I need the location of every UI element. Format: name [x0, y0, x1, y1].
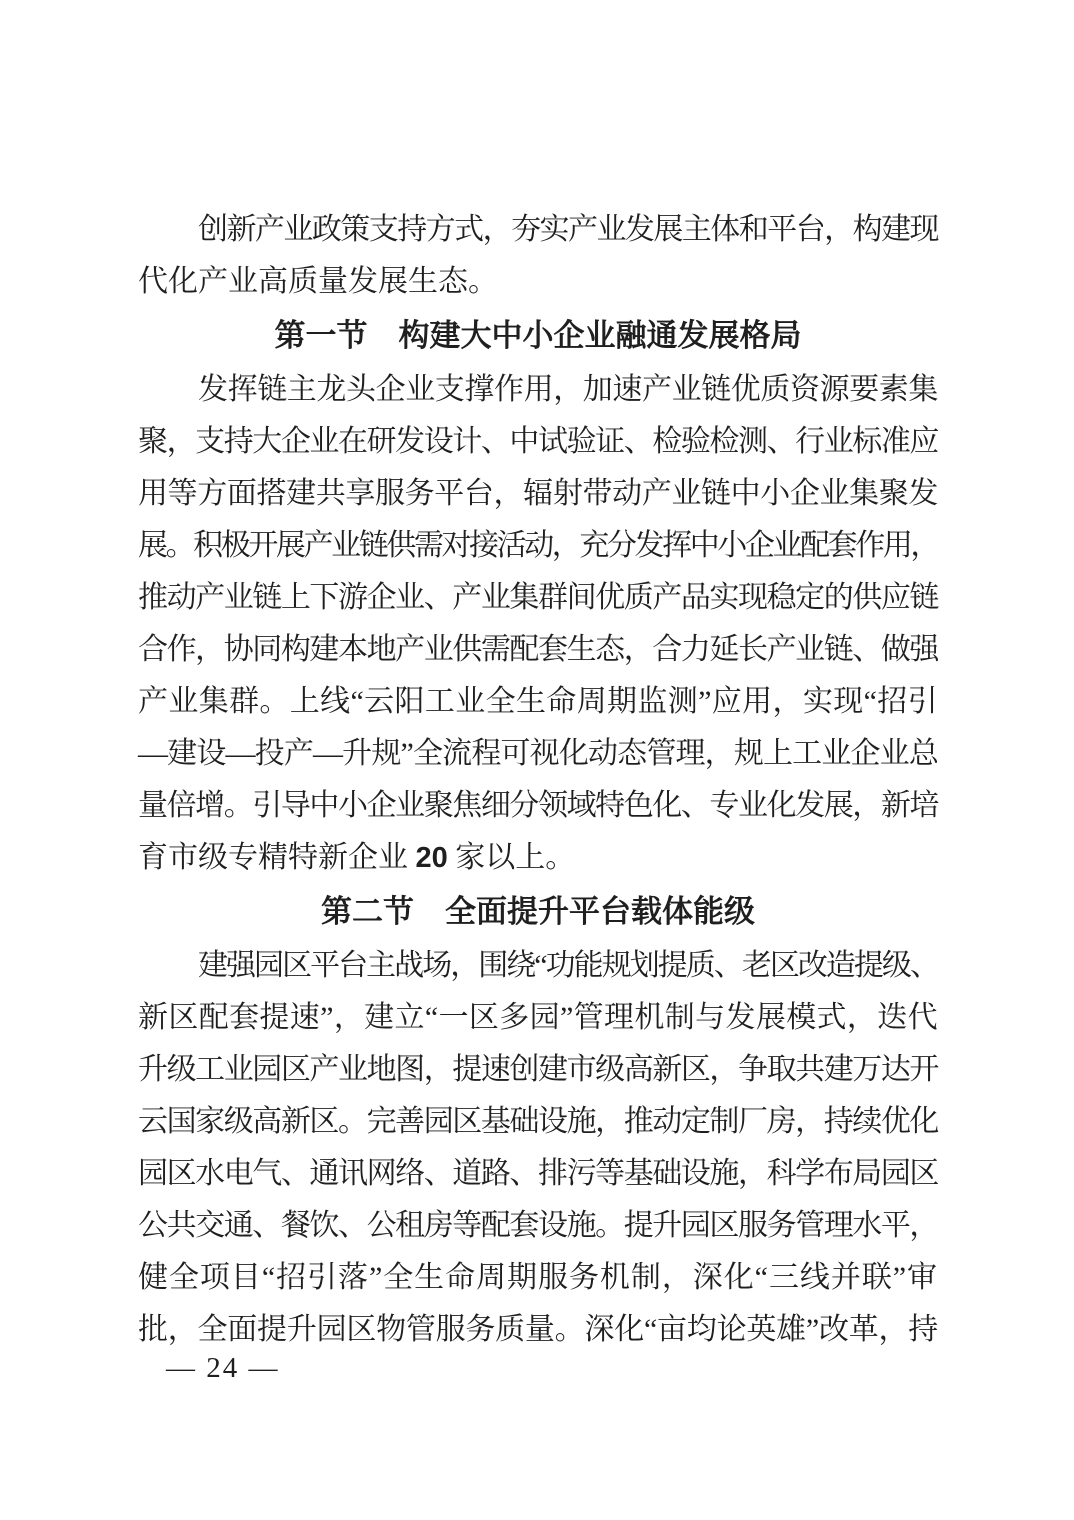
section-1-paragraph: 发挥链主龙头企业支撑作用，加速产业链优质资源要素集 聚，支持大企业在研发设计、中…: [138, 364, 938, 884]
section-2-paragraph: 建强园区平台主战场，围绕“功能规划提质、老区改造提级、 新区配套提速”，建立“一…: [138, 940, 938, 1356]
intro-paragraph: 创新产业政策支持方式，夯实产业发展主体和平台，构建现 代化产业高质量发展生态。: [138, 204, 938, 308]
section-2-heading: 第二节 全面提升平台载体能级: [138, 886, 938, 938]
text-line: 升级工业园区产业地图，提速创建市级高新区，争取共建万达开: [138, 1044, 938, 1096]
text-line: 代化产业高质量发展生态。: [138, 256, 938, 308]
text-line: 量倍增。引导中小企业聚焦细分领域特色化、专业化发展，新培: [138, 780, 938, 832]
highlight-number: 20: [416, 842, 448, 874]
text-line: 产业集群。上线“云阳工业全生命周期监测”应用，实现“招引: [138, 676, 938, 728]
text-line: 健全项目“招引落”全生命周期服务机制，深化“三线并联”审: [138, 1252, 938, 1304]
text-line: —建设—投产—升规”全流程可视化动态管理，规上工业企业总: [138, 728, 938, 780]
page-number: — 24 —: [166, 1352, 280, 1384]
text-line: 建强园区平台主战场，围绕“功能规划提质、老区改造提级、: [138, 940, 938, 992]
text-line: 云国家级高新区。完善园区基础设施，推动定制厂房，持续优化: [138, 1096, 938, 1148]
text-line: 合作，协同构建本地产业供需配套生态，合力延长产业链、做强: [138, 624, 938, 676]
text-content: 创新产业政策支持方式，夯实产业发展主体和平台，构建现 代化产业高质量发展生态。 …: [138, 204, 938, 1356]
text-line: 展。积极开展产业链供需对接活动，充分发挥中小企业配套作用，: [138, 520, 938, 572]
text-line: 用等方面搭建共享服务平台，辐射带动产业链中小企业集聚发: [138, 468, 938, 520]
text-line: 新区配套提速”，建立“一区多园”管理机制与发展模式，迭代: [138, 992, 938, 1044]
text-line: 批，全面提升园区物管服务质量。深化“亩均论英雄”改革，持: [138, 1304, 938, 1356]
text-line: 推动产业链上下游企业、产业集群间优质产品实现稳定的供应链: [138, 572, 938, 624]
text-segment: 育市级专精特新企业: [138, 841, 416, 874]
document-page: 创新产业政策支持方式，夯实产业发展主体和平台，构建现 代化产业高质量发展生态。 …: [0, 0, 1074, 1520]
text-segment: 家以上。: [448, 841, 576, 874]
text-line: 发挥链主龙头企业支撑作用，加速产业链优质资源要素集: [138, 364, 938, 416]
text-line: 园区水电气、通讯网络、道路、排污等基础设施，科学布局园区: [138, 1148, 938, 1200]
text-line: 创新产业政策支持方式，夯实产业发展主体和平台，构建现: [138, 204, 938, 256]
text-line: 育市级专精特新企业 20 家以上。: [138, 832, 938, 884]
text-line: 公共交通、餐饮、公租房等配套设施。提升园区服务管理水平，: [138, 1200, 938, 1252]
text-line: 聚，支持大企业在研发设计、中试验证、检验检测、行业标准应: [138, 416, 938, 468]
section-1-heading: 第一节 构建大中小企业融通发展格局: [138, 310, 938, 362]
